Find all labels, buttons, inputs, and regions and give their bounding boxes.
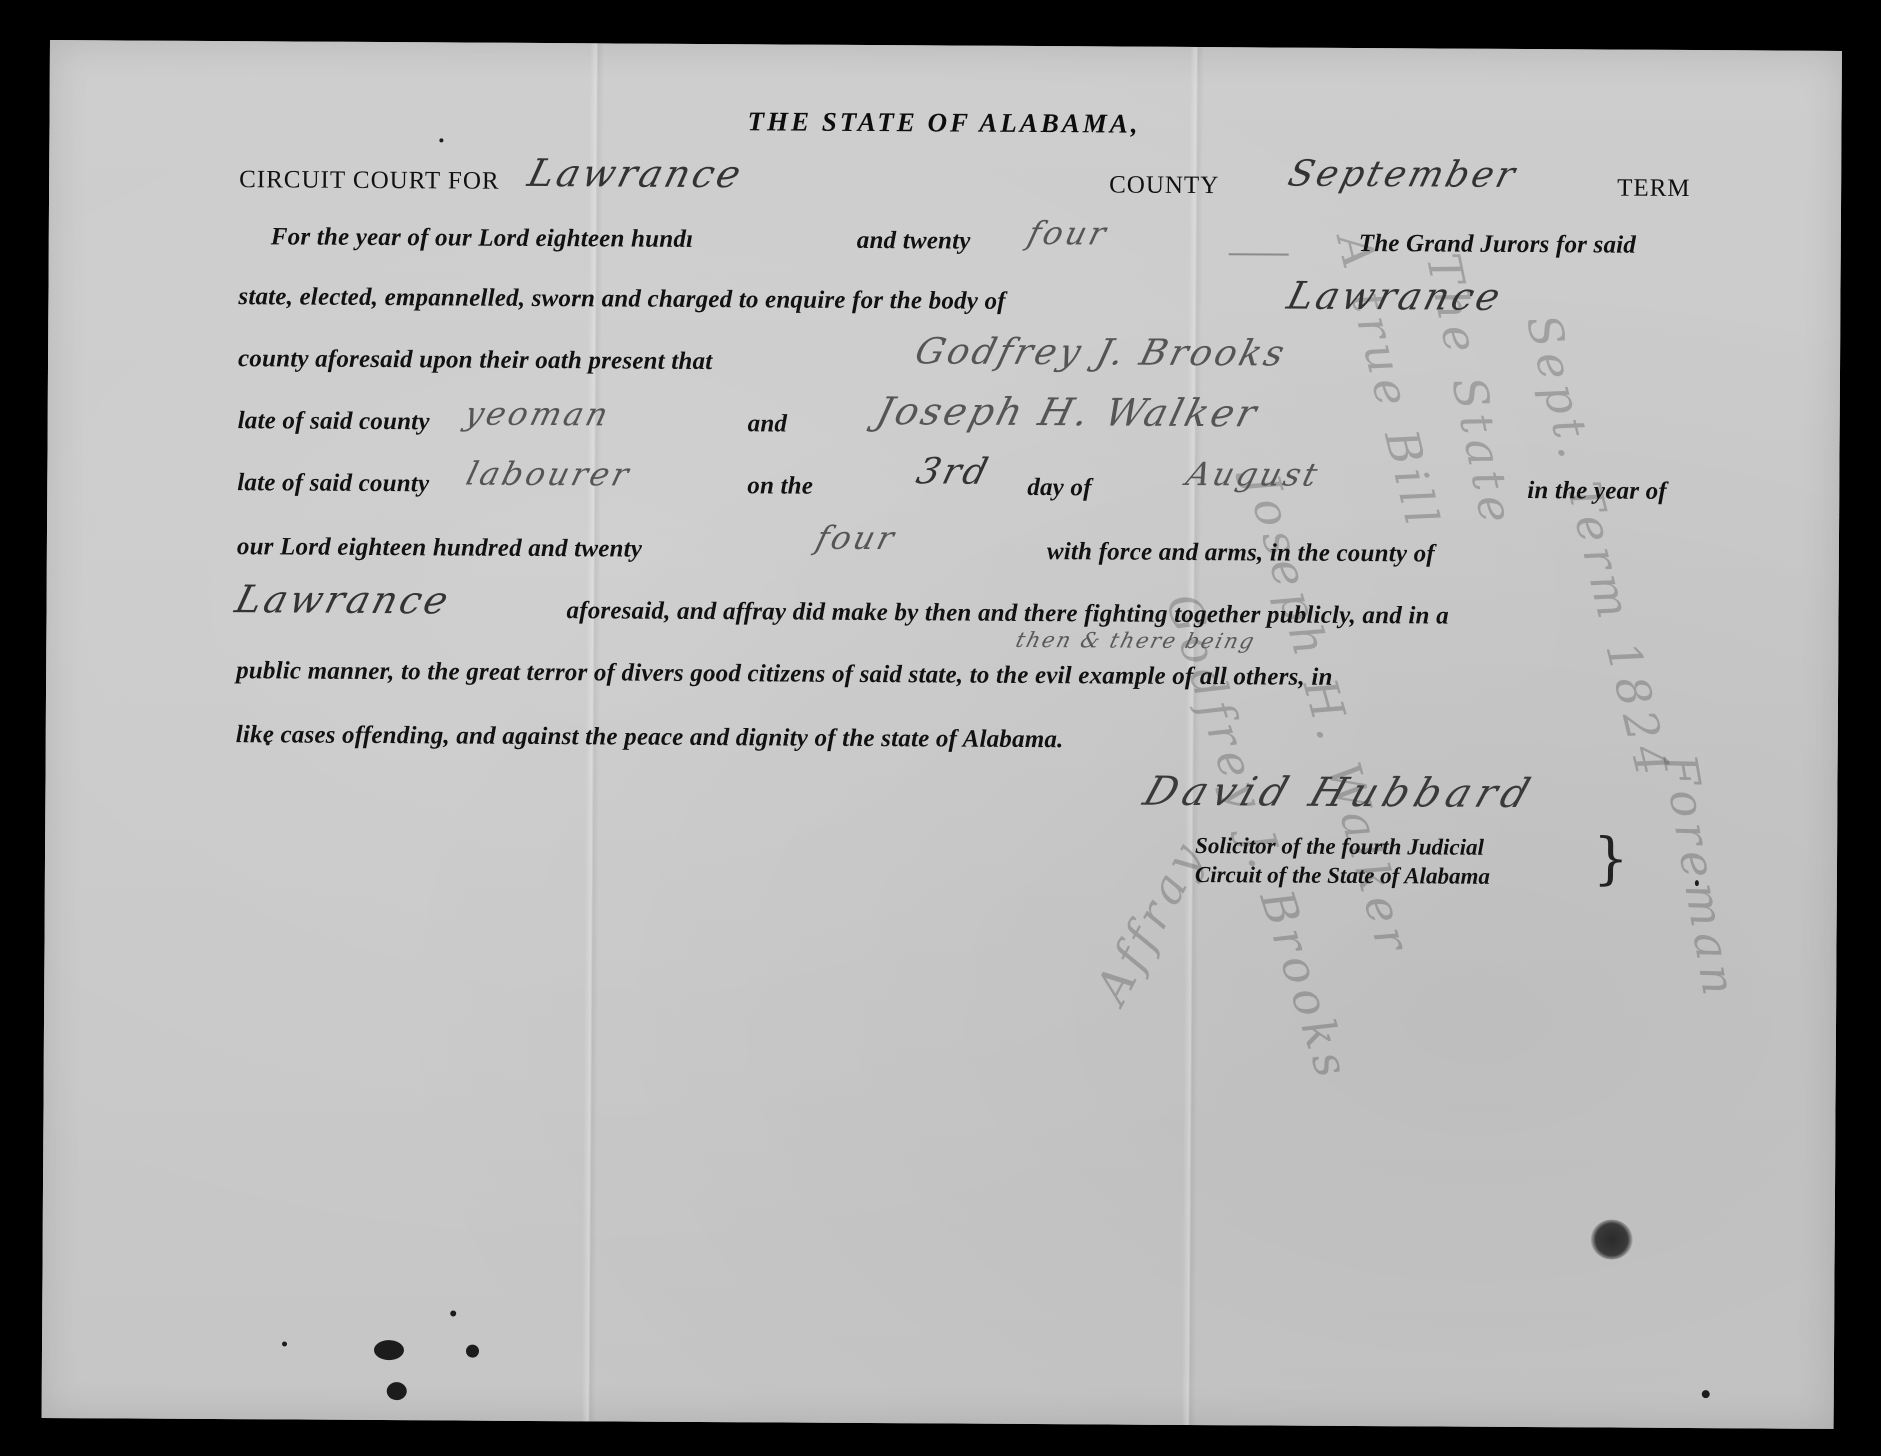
ink-speck [282,1341,287,1346]
term-label: TERM [1617,175,1691,203]
blank-dash [1229,253,1289,255]
indictment-line-1c: The Grand Jurors for said [1359,230,1636,260]
term-handwritten: September [1284,154,1522,196]
brace-mark: } [1593,831,1629,887]
ink-speck [450,1310,456,1316]
indictment-line-5c: day of [1027,474,1092,502]
indictment-line-1b: and twenty [857,227,971,256]
ink-speck [1695,880,1699,886]
indictment-line-1: For the year of our Lord eighteen hundı [271,223,694,254]
indictment-line-2: state, elected, empannelled, sworn and c… [238,283,1006,316]
bleed-through-text: Sept. Term 1824 [1516,309,1681,786]
document-title: THE STATE OF ALABAMA, [747,106,1140,139]
defendant-1-name: Godfrey J. Brooks [911,331,1291,374]
indictment-line-7: aforesaid, and affray did make by then a… [566,597,1448,630]
indictment-line-4b: and [748,410,788,438]
interlinear-insertion: then & there being [1013,628,1258,653]
solicitor-title-line-2: Circuit of the State of Alabama [1195,860,1490,891]
offense-day: 3rd [912,451,995,492]
indictment-line-8: public manner, to the great terror of di… [236,657,1333,692]
ink-blot [387,1382,407,1400]
defendant-1-occupation: yeoman [461,395,615,434]
ink-speck [1702,1390,1710,1398]
defendant-2-occupation: labourer [463,455,636,494]
handwritten-year: four [1024,214,1113,252]
indictment-line-5b: on the [747,472,813,500]
indictment-line-4: late of said county [238,407,430,436]
solicitor-title-line-1: Solicitor of the fourth Judicial [1195,831,1490,862]
indictment-line-5d: in the year of [1527,477,1667,506]
bleed-through-text: Foreman [1652,750,1747,1005]
ink-blot [466,1345,479,1358]
indictment-line-9: like cases offending, and against the pe… [236,721,1064,754]
indictment-line-6: our Lord eighteen hundred and twenty [237,533,642,563]
handwritten-year-2: four [812,519,901,557]
ink-speck [266,741,270,745]
solicitor-title: Solicitor of the fourth Judicial Circuit… [1195,831,1490,891]
indictment-line-5: late of said county [237,469,429,498]
document-page: Godfrey J. Brooks Joseph H. Walker A tru… [42,40,1842,1429]
ink-blot [374,1340,404,1360]
handwritten-county-2: Lawrance [231,577,456,622]
indictment-line-3: county aforesaid upon their oath present… [238,345,713,376]
handwritten-county: Lawrance [1283,274,1508,319]
defendant-2-name: Joseph H. Walker [872,389,1264,435]
county-label: COUNTY [1109,171,1219,200]
ink-speck [439,138,443,142]
ink-blot [1591,1219,1633,1259]
county-handwritten: Lawrance [524,151,749,196]
circuit-court-label: CIRCUIT COURT FOR [239,166,500,196]
indictment-line-6b: with force and arms, in the county of [1047,538,1435,568]
offense-month: August [1183,455,1325,494]
solicitor-signature: David Hubbard [1138,769,1541,817]
